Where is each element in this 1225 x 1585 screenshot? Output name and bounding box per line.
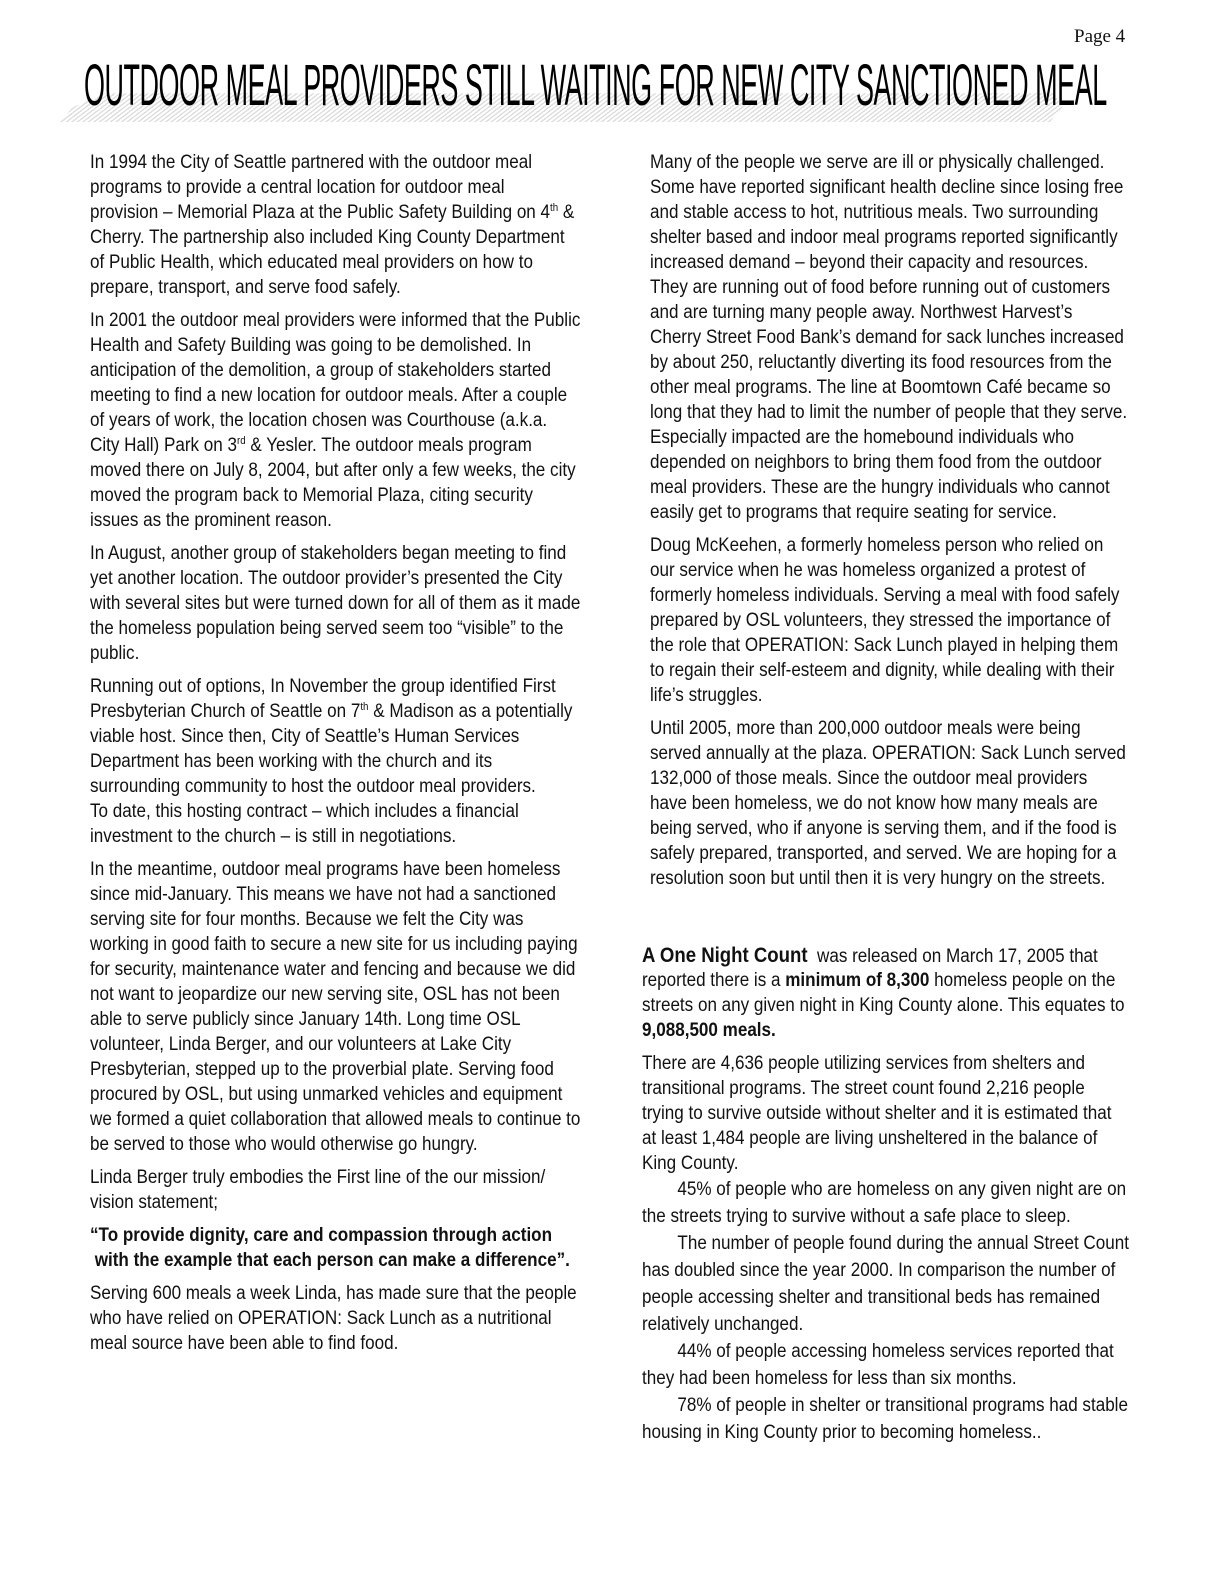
shelter-stats-section: There are 4,636 people utilizing service… xyxy=(642,1051,1170,1446)
text-line: reported there is a minimum of 8,300 hom… xyxy=(642,968,1109,993)
text-line: Some have reported significant health de… xyxy=(650,175,1110,200)
text-line: formerly homeless individuals. Serving a… xyxy=(650,583,1110,608)
text-line: shelter based and indoor meal programs r… xyxy=(650,225,1110,250)
one-night-count-section: A One Night Count was released on March … xyxy=(642,943,1170,1043)
page-number: Page 4 xyxy=(1074,26,1125,48)
text-line: by about 250, reluctantly diverting its … xyxy=(650,350,1110,375)
text-line: To date, this hosting contract – which i… xyxy=(90,799,550,824)
text-line: not want to jeopardize our new serving s… xyxy=(90,982,550,1007)
text-line: resolution soon but until then it is ver… xyxy=(650,866,1110,891)
text-line: our service when he was homeless organiz… xyxy=(650,558,1110,583)
text-line: be served to those who would otherwise g… xyxy=(90,1132,550,1157)
right-column: Many of the people we serve are ill or p… xyxy=(650,150,1170,1446)
paragraph-meantime: In the meantime, outdoor meal programs h… xyxy=(90,857,610,1157)
stat-line: The number of people found during the an… xyxy=(642,1230,1109,1257)
text-line: provision – Memorial Plaza at the Public… xyxy=(90,200,550,225)
text-line: the homeless population being served see… xyxy=(90,616,550,641)
paragraph-health-decline: Many of the people we serve are ill or p… xyxy=(650,150,1170,525)
text-line: since mid-January. This means we have no… xyxy=(90,882,550,907)
text-line: of Public Health, which educated meal pr… xyxy=(90,250,550,275)
headline: OUTDOOR MEAL PROVIDERS STILL WAITING FOR… xyxy=(60,56,1060,128)
paragraph-august-stakeholders: In August, another group of stakeholders… xyxy=(90,541,610,666)
text-line: A One Night Count was released on March … xyxy=(642,943,1109,968)
stat-line: people accessing shelter and transitiona… xyxy=(642,1284,1109,1311)
text-line: to regain their self-esteem and dignity,… xyxy=(650,658,1110,683)
text-line: streets on any given night in King Count… xyxy=(642,993,1109,1018)
text-line: issues as the prominent reason. xyxy=(90,508,550,533)
text-line: 132,000 of those meals. Since the outdoo… xyxy=(650,766,1110,791)
text-line: long that they had to limit the number o… xyxy=(650,400,1110,425)
text-line: other meal programs. The line at Boomtow… xyxy=(650,375,1110,400)
text-line: serving site for four months. Because we… xyxy=(90,907,550,932)
text-line: have been homeless, we do not know how m… xyxy=(650,791,1110,816)
text-line: 9,088,500 meals. xyxy=(642,1018,1109,1043)
text-line: transitional programs. The street count … xyxy=(642,1076,1109,1101)
text-line: Many of the people we serve are ill or p… xyxy=(650,150,1110,175)
text-line: easily get to programs that require seat… xyxy=(650,500,1110,525)
text-line: served annually at the plaza. OPERATION:… xyxy=(650,741,1110,766)
text-line: the role that OPERATION: Sack Lunch play… xyxy=(650,633,1110,658)
text-line: prepared by OSL volunteers, they stresse… xyxy=(650,608,1110,633)
text-line: City Hall) Park on 3rd & Yesler. The out… xyxy=(90,433,550,458)
mission-quote: “To provide dignity, care and compassion… xyxy=(90,1223,610,1273)
text-line: anticipation of the demolition, a group … xyxy=(90,358,550,383)
stat-line: has doubled since the year 2000. In comp… xyxy=(642,1257,1109,1284)
stat-line: 45% of people who are homeless on any gi… xyxy=(642,1176,1109,1203)
stat-line: the streets trying to survive without a … xyxy=(642,1203,1109,1230)
homeless-statistics: 45% of people who are homeless on any gi… xyxy=(642,1176,1170,1446)
text-line: life’s struggles. xyxy=(650,683,1110,708)
text-line: prepare, transport, and serve food safel… xyxy=(90,275,550,300)
text-line: depended on neighbors to bring them food… xyxy=(650,450,1110,475)
text-line: Doug McKeehen, a formerly homeless perso… xyxy=(650,533,1110,558)
paragraph-linda-berger: Linda Berger truly embodies the First li… xyxy=(90,1165,610,1215)
paragraph-doug-mckeehen: Doug McKeehen, a formerly homeless perso… xyxy=(650,533,1170,708)
text-line: safely prepared, transported, and served… xyxy=(650,841,1110,866)
text-line: They are running out of food before runn… xyxy=(650,275,1110,300)
text-line: Linda Berger truly embodies the First li… xyxy=(90,1165,550,1190)
text-line: Especially impacted are the homebound in… xyxy=(650,425,1110,450)
left-column: In 1994 the City of Seattle partnered wi… xyxy=(90,150,610,1364)
text-line: for security, maintenance water and fenc… xyxy=(90,957,550,982)
text-line: who have relied on OPERATION: Sack Lunch… xyxy=(90,1306,550,1331)
quote-line: with the example that each person can ma… xyxy=(90,1248,550,1273)
text-line: King County. xyxy=(642,1151,1109,1176)
text-line: vision statement; xyxy=(90,1190,550,1215)
paragraph-1994-partnership: In 1994 the City of Seattle partnered wi… xyxy=(90,150,610,300)
text-line: viable host. Since then, City of Seattle… xyxy=(90,724,550,749)
text-line: procured by OSL, but using unmarked vehi… xyxy=(90,1082,550,1107)
text-line: moved there on July 8, 2004, but after o… xyxy=(90,458,550,483)
text-line: meeting to find a new location for outdo… xyxy=(90,383,550,408)
text-line: increased demand – beyond their capacity… xyxy=(650,250,1110,275)
text-line: Presbyterian Church of Seattle on 7th & … xyxy=(90,699,550,724)
stat-line: housing in King County prior to becoming… xyxy=(642,1419,1109,1446)
text-line: being served, who if anyone is serving t… xyxy=(650,816,1110,841)
text-line: with several sites but were turned down … xyxy=(90,591,550,616)
text-line: Department has been working with the chu… xyxy=(90,749,550,774)
text-line: meal source have been able to find food. xyxy=(90,1331,550,1356)
text-line: There are 4,636 people utilizing service… xyxy=(642,1051,1109,1076)
text-line: In August, another group of stakeholders… xyxy=(90,541,550,566)
stat-line: relatively unchanged. xyxy=(642,1311,1109,1338)
stat-line: they had been homeless for less than six… xyxy=(642,1365,1109,1392)
paragraph-shelter-counts: There are 4,636 people utilizing service… xyxy=(642,1051,1170,1176)
paragraph-november-church: Running out of options, In November the … xyxy=(90,674,610,849)
paragraph-2001-demolition: In 2001 the outdoor meal providers were … xyxy=(90,308,610,533)
text-line: and stable access to hot, nutritious mea… xyxy=(650,200,1110,225)
text-line: surrounding community to host the outdoo… xyxy=(90,774,550,799)
stat-line: 78% of people in shelter or transitional… xyxy=(642,1392,1109,1419)
headline-text: OUTDOOR MEAL PROVIDERS STILL WAITING FOR… xyxy=(84,56,1107,116)
text-line: at least 1,484 people are living unshelt… xyxy=(642,1126,1109,1151)
text-line: and are turning many people away. Northw… xyxy=(650,300,1110,325)
text-line: able to serve publicly since January 14t… xyxy=(90,1007,550,1032)
text-line: meal providers. These are the hungry ind… xyxy=(650,475,1110,500)
text-line: yet another location. The outdoor provid… xyxy=(90,566,550,591)
text-line: Serving 600 meals a week Linda, has made… xyxy=(90,1281,550,1306)
text-line: volunteer, Linda Berger, and our volunte… xyxy=(90,1032,550,1057)
text-line: Running out of options, In November the … xyxy=(90,674,550,699)
text-line: trying to survive outside without shelte… xyxy=(642,1101,1109,1126)
stat-line: 44% of people accessing homeless service… xyxy=(642,1338,1109,1365)
paragraph-600-meals: Serving 600 meals a week Linda, has made… xyxy=(90,1281,610,1356)
text-line: public. xyxy=(90,641,550,666)
text-line: Presbyterian, stepped up to the proverbi… xyxy=(90,1057,550,1082)
text-line: In 2001 the outdoor meal providers were … xyxy=(90,308,550,333)
one-night-count-heading: A One Night Count xyxy=(642,944,808,967)
text-line: In 1994 the City of Seattle partnered wi… xyxy=(90,150,550,175)
text-line: working in good faith to secure a new si… xyxy=(90,932,550,957)
text-line: we formed a quiet collaboration that all… xyxy=(90,1107,550,1132)
text-line: Cherry. The partnership also included Ki… xyxy=(90,225,550,250)
text-line: Cherry Street Food Bank’s demand for sac… xyxy=(650,325,1110,350)
text-line: In the meantime, outdoor meal programs h… xyxy=(90,857,550,882)
text-line: Health and Safety Building was going to … xyxy=(90,333,550,358)
text-line: investment to the church – is still in n… xyxy=(90,824,550,849)
text-line: programs to provide a central location f… xyxy=(90,175,550,200)
text-line: moved the program back to Memorial Plaza… xyxy=(90,483,550,508)
text-line: of years of work, the location chosen wa… xyxy=(90,408,550,433)
text-line: Until 2005, more than 200,000 outdoor me… xyxy=(650,716,1110,741)
paragraph-until-2005: Until 2005, more than 200,000 outdoor me… xyxy=(650,716,1170,891)
quote-line: “To provide dignity, care and compassion… xyxy=(90,1223,550,1248)
